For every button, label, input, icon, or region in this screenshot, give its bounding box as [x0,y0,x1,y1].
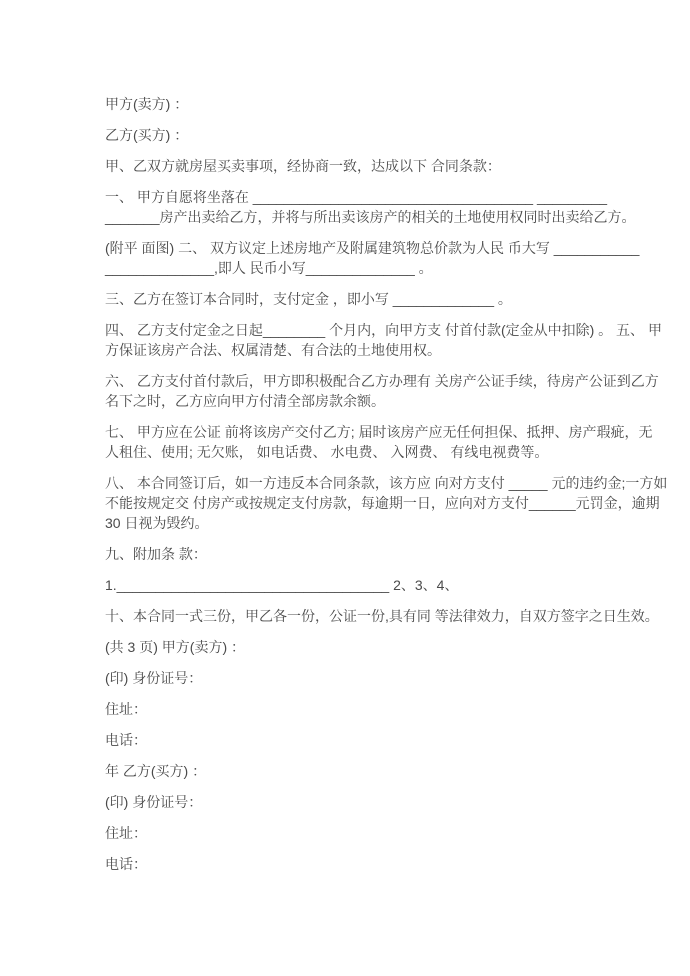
paragraph-text: 电话： [105,730,590,750]
clause-1: 一、 甲方自愿将坐落在 ____________________________… [105,187,590,227]
clause-4-5: 四、 乙方支付定金之日起________ 个月内，向甲方支 付首付款(定金从中扣… [105,320,590,360]
party-b-line: 乙方(买方) ： [105,125,590,145]
party-b-id: (印) 身份证号： [105,792,590,812]
party-a-line: 甲方(卖方) ： [105,94,590,114]
paragraph-text: 甲方(卖方) ： [105,94,590,114]
paragraph-text: 方保证该房产合法、权属清楚、有合法的土地使用权。 [105,340,590,360]
contract-page: 甲方(卖方) ： 乙方(买方) ： 甲、乙双方就房屋买卖事项，经协商一致，达成以… [0,0,690,976]
paragraph-text: 三、乙方在签订本合同时，支付定金 ，即小写 _____________ 。 [105,289,590,309]
party-a-address: 住址： [105,699,590,719]
paragraph-text: 乙方(买方) ： [105,125,590,145]
paragraph-text: 八、 本合同签订后，如一方违反本合同条款，该方应 向对方支付 _____ 元的违… [105,473,590,493]
paragraph-text: 四、 乙方支付定金之日起________ 个月内，向甲方支 付首付款(定金从中扣… [105,320,590,340]
paragraph-text: 住址： [105,823,590,843]
paragraph-text: 30 日视为毁约。 [105,513,590,533]
signature-party-a: (共 3 页) 甲方(卖方) ： [105,637,590,657]
clause-7: 七、 甲方应在公证 前将该房产交付乙方; 届时该房产应无任何担保、抵押、房产瑕疵… [105,422,590,462]
additional-terms-line: 1.___________________________________ 2、… [105,575,590,595]
preamble: 甲、乙双方就房屋买卖事项，经协商一致，达成以下 合同条款： [105,156,590,176]
paragraph-text: (附平 面图) 二、 双方议定上述房地产及附属建筑物总价款为人民 币大写 ___… [105,238,590,258]
clause-6: 六、 乙方支付首付款后，甲方即积极配合乙方办理有 关房产公证手续，待房产公证到乙… [105,371,590,411]
signature-party-b: 年 乙方(买方) ： [105,761,590,781]
paragraph-text: (印) 身份证号： [105,792,590,812]
paragraph-text: 七、 甲方应在公证 前将该房产交付乙方; 届时该房产应无任何担保、抵押、房产瑕疵… [105,422,590,442]
paragraph-text: 不能按规定交 付房产或按规定支付房款，每逾期一日，应向对方支付______元罚金… [105,493,590,513]
paragraph-text: 十、本合同一式三份，甲乙各一份，公证一份,具有同 等法律效力，自双方签字之日生效… [105,606,590,626]
paragraph-text: 九、附加条 款： [105,544,590,564]
party-b-phone: 电话： [105,854,590,874]
paragraph-text: (印) 身份证号： [105,668,590,688]
paragraph-text: 年 乙方(买方) ： [105,761,590,781]
paragraph-text: 名下之时，乙方应向甲方付清全部房款余额。 [105,391,590,411]
party-a-phone: 电话： [105,730,590,750]
paragraph-text: 1.___________________________________ 2、… [105,575,590,595]
clause-10: 十、本合同一式三份，甲乙各一份，公证一份,具有同 等法律效力，自双方签字之日生效… [105,606,590,626]
paragraph-text: ______________,即人 民币小写______________ 。 [105,258,590,278]
paragraph-text: _______房产出卖给乙方，并将与所出卖该房产的相关的土地使用权同时出卖给乙方… [105,207,590,227]
paragraph-text: 一、 甲方自愿将坐落在 ____________________________… [105,187,590,207]
paragraph-text: 人租住、使用; 无欠账， 如电话费、 水电费、 入网费、 有线电视费等。 [105,442,590,462]
paragraph-text: 住址： [105,699,590,719]
clause-8: 八、 本合同签订后，如一方违反本合同条款，该方应 向对方支付 _____ 元的违… [105,473,590,533]
contract-document: 甲方(卖方) ： 乙方(买方) ： 甲、乙双方就房屋买卖事项，经协商一致，达成以… [0,0,690,874]
paragraph-text: 电话： [105,854,590,874]
party-b-address: 住址： [105,823,590,843]
paragraph-text: (共 3 页) 甲方(卖方) ： [105,637,590,657]
paragraph-text: 甲、乙双方就房屋买卖事项，经协商一致，达成以下 合同条款： [105,156,590,176]
party-a-id: (印) 身份证号： [105,668,590,688]
clause-2: (附平 面图) 二、 双方议定上述房地产及附属建筑物总价款为人民 币大写 ___… [105,238,590,278]
paragraph-text: 六、 乙方支付首付款后，甲方即积极配合乙方办理有 关房产公证手续，待房产公证到乙… [105,371,590,391]
clause-3: 三、乙方在签订本合同时，支付定金 ，即小写 _____________ 。 [105,289,590,309]
clause-9-heading: 九、附加条 款： [105,544,590,564]
